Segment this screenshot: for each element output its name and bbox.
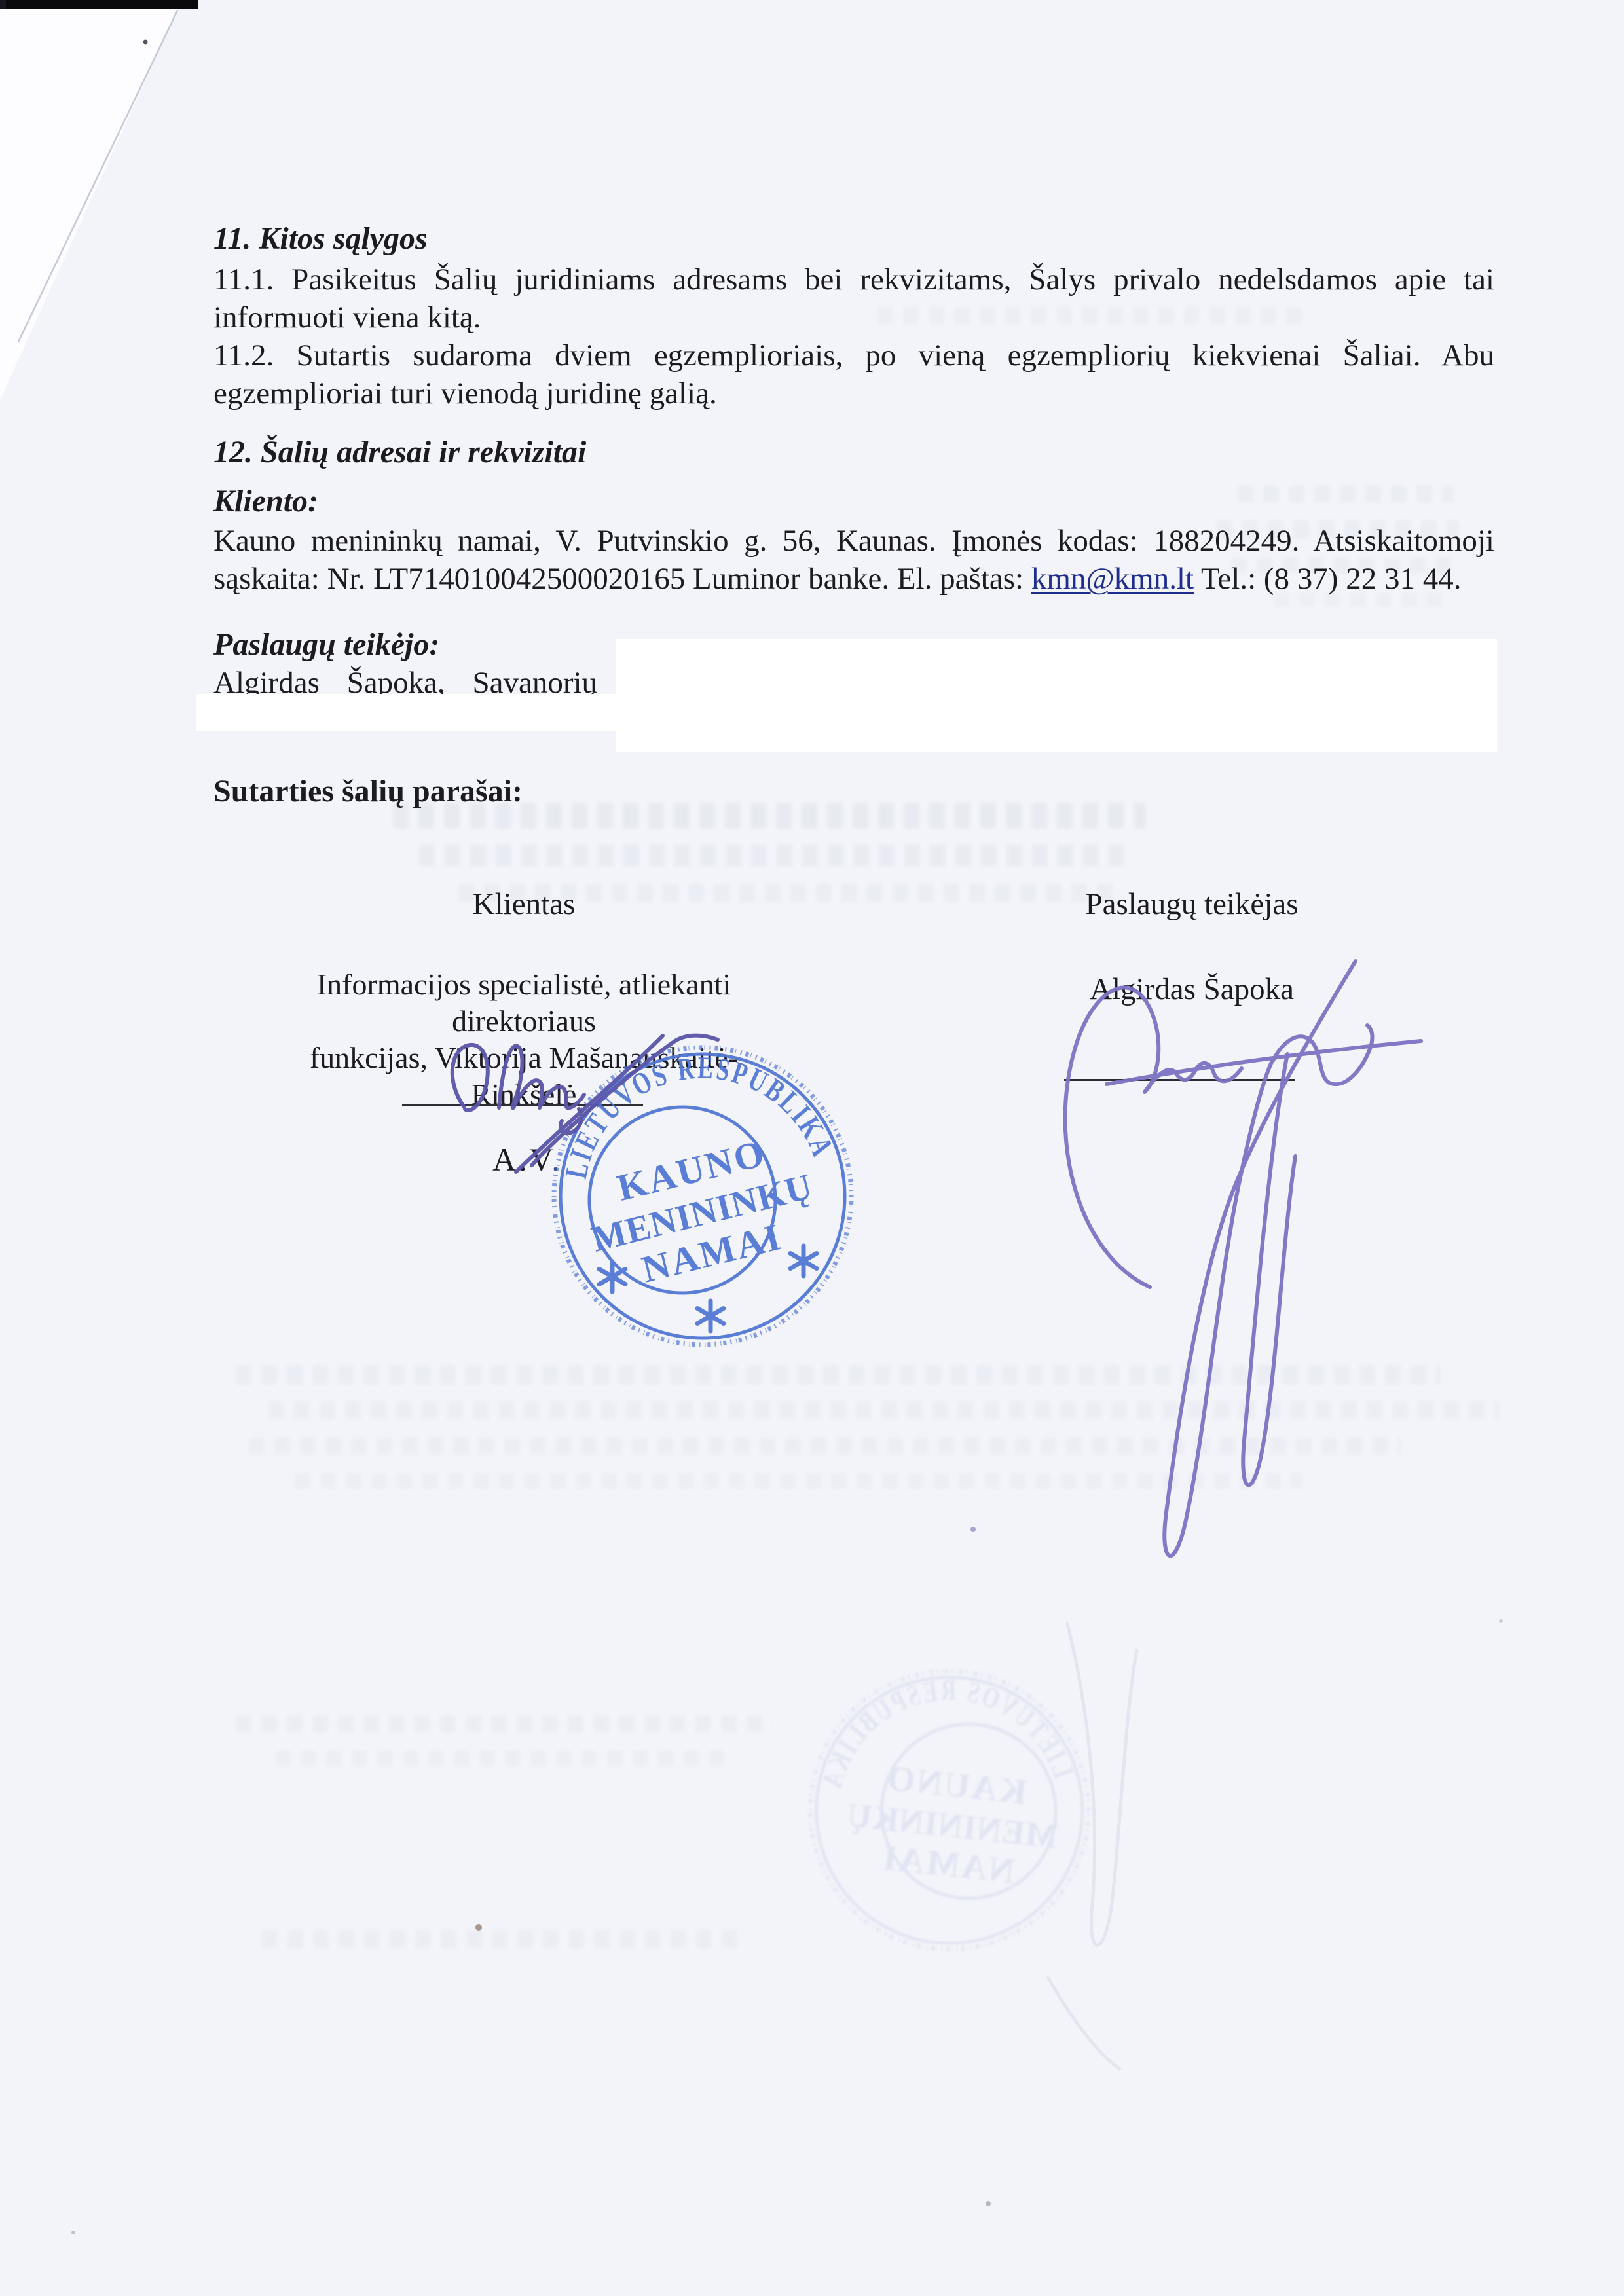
scanned-contract-page: 11. Kitos sąlygos 11.1. Pasikeitus Šalių… (0, 0, 1624, 2296)
scanner-edge-strip (0, 0, 198, 9)
redaction-box (196, 694, 617, 731)
ghost-text-band (268, 1401, 1500, 1419)
provider-label: Paslaugų teikėjo: (213, 626, 439, 664)
clause-11-2: 11.2. Sutartis sudaroma dviem egzemplior… (213, 337, 1494, 412)
ghost-text-band (295, 1473, 1303, 1489)
ghost-text-band (275, 1751, 733, 1766)
ghost-text-band (419, 845, 1133, 867)
folded-page-corner (0, 9, 196, 401)
ghost-text-band (249, 1438, 1401, 1455)
ghost-text-band (236, 1365, 1441, 1385)
redaction-box (616, 639, 1497, 752)
client-details: Kauno menininkų namai, V. Putvinskio g. … (213, 522, 1494, 598)
dust-speck (970, 1527, 976, 1532)
clause-11-1: 11.1. Pasikeitus Šalių juridiniams adres… (213, 261, 1494, 337)
dust-speck (1499, 1619, 1503, 1623)
section-11-heading: 11. Kitos sąlygos (213, 220, 428, 258)
ghost-stamp: LIETUVOS RESPUBLIKA KAUNO MENININKŲ NAMA… (786, 1648, 1113, 1977)
signatures-heading: Sutarties šalių parašai: (213, 773, 523, 811)
client-details-tail: Tel.: (8 37) 22 31 44. (1194, 562, 1461, 596)
round-stamp: LIETUVOS RESPUBLIKA KAUNO MENININKŲ NAMA… (549, 1042, 857, 1350)
ghost-text-band (236, 1715, 773, 1732)
provider-signature (1065, 961, 1421, 1556)
client-label: Kliento: (213, 483, 318, 520)
provider-signature-line (1064, 1079, 1295, 1081)
provider-signer-name: Algirdas Šapoka (1028, 970, 1356, 1008)
dust-speck (71, 2231, 75, 2234)
client-column-title: Klientas (367, 885, 681, 923)
client-email-link[interactable]: kmn@kmn.lt (1031, 562, 1194, 596)
ghost-text-band (1238, 486, 1454, 503)
ghost-text-band (262, 1930, 747, 1948)
client-signer-line1: Informacijos specialistė, atliekanti dir… (317, 968, 731, 1038)
provider-column-title: Paslaugų teikėjas (1028, 885, 1356, 923)
dust-speck (986, 2201, 991, 2206)
section-12-heading: 12. Šalių adresai ir rekvizitai (213, 433, 586, 471)
